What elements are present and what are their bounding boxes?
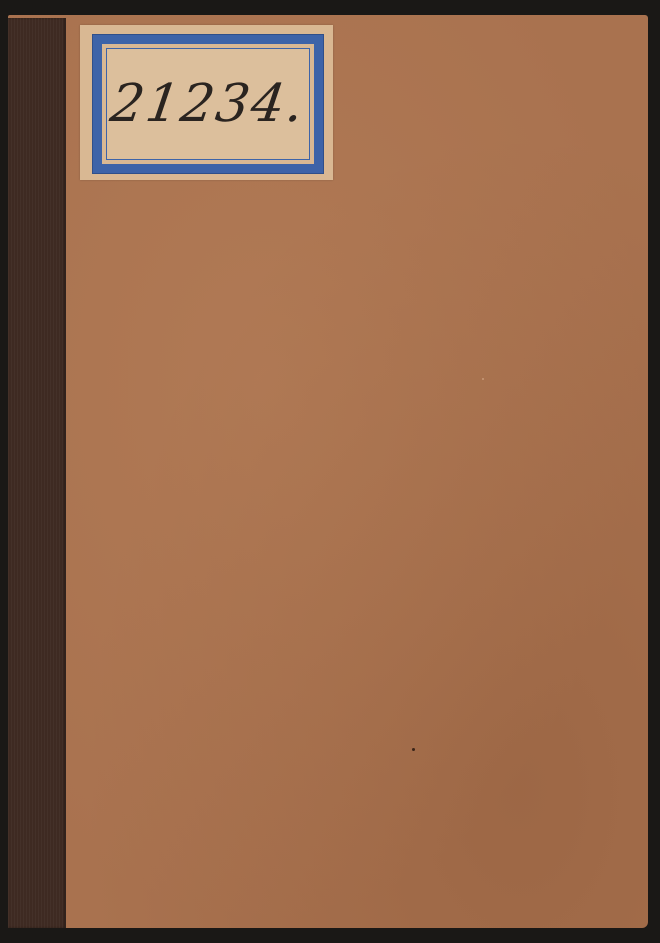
catalog-number: 21234.	[107, 74, 309, 134]
label-ornamental-border: 21234.	[93, 35, 323, 173]
label-inner-panel: 21234.	[106, 48, 310, 160]
catalog-label: 21234.	[80, 25, 333, 180]
paper-speck	[482, 378, 484, 380]
book-spine	[8, 18, 66, 928]
paper-speck	[412, 748, 415, 751]
